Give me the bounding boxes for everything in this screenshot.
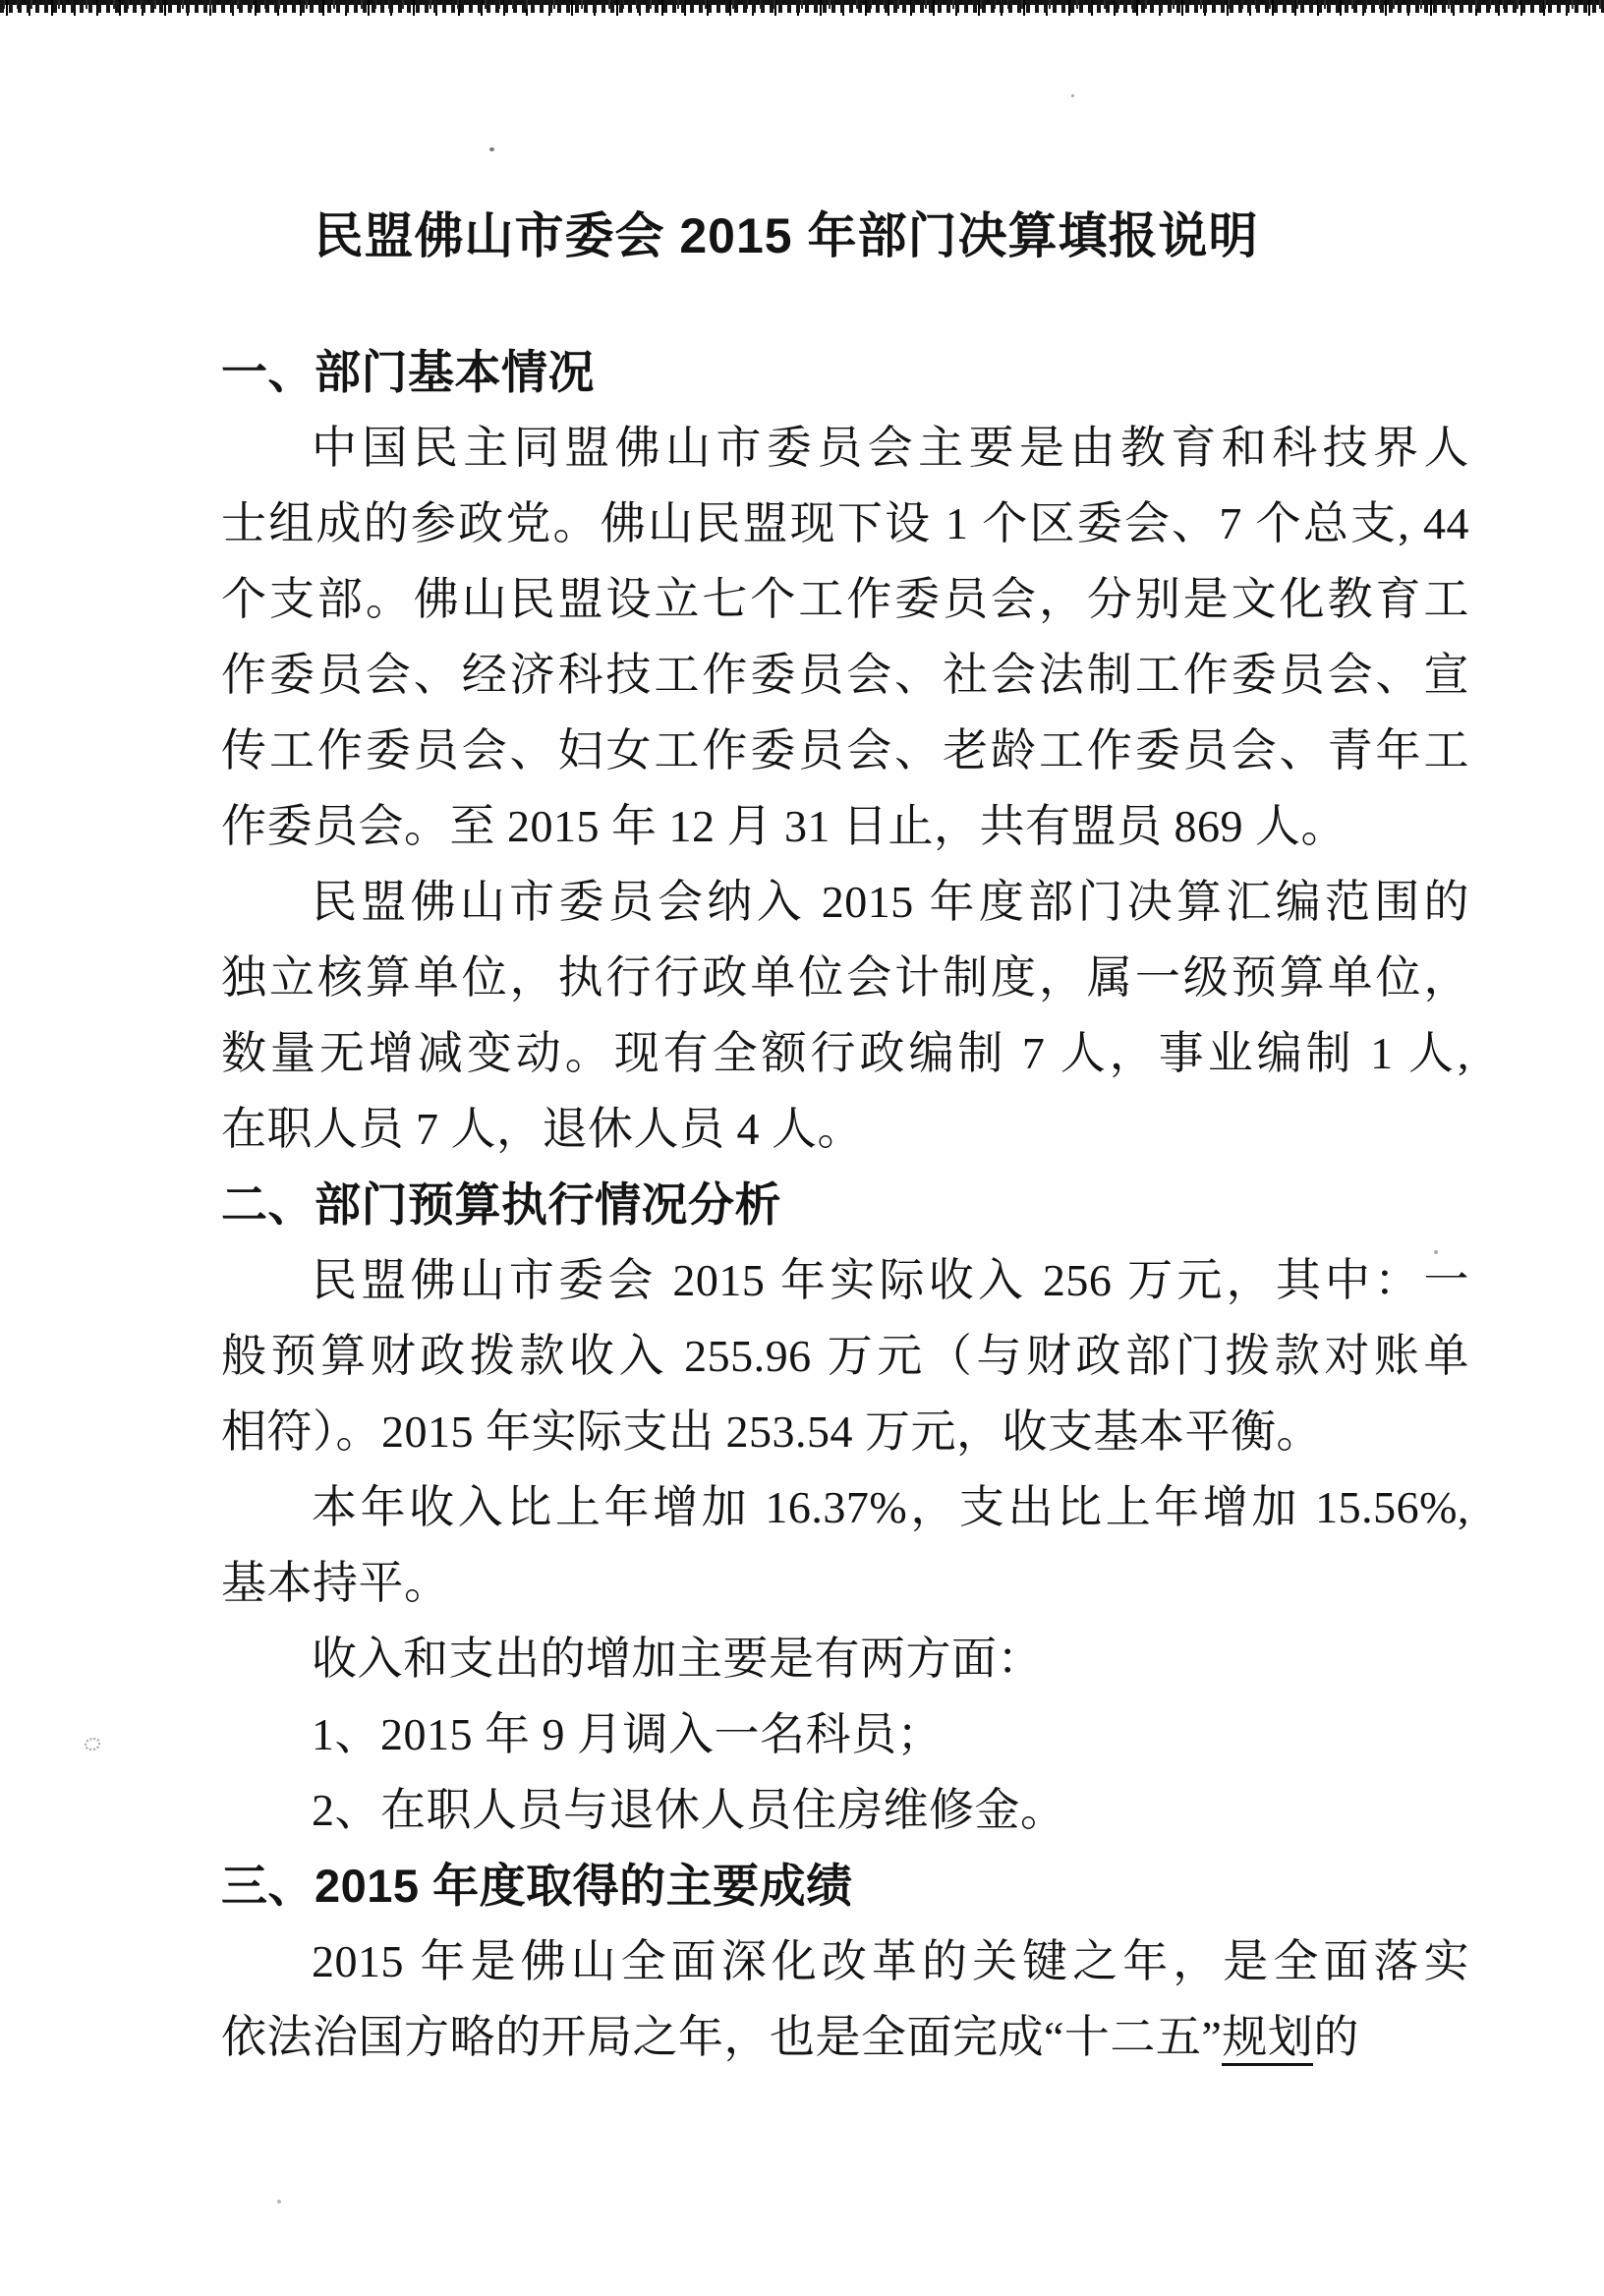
section-heading-basic-info: 一、部门基本情况	[221, 334, 1469, 410]
body-line: 民盟佛山市委会 2015 年实际收入 256 万元，其中：一	[221, 1242, 1469, 1318]
body-line: 士组成的参政党。佛山民盟现下设 1 个区委会、7 个总支, 44	[221, 486, 1469, 561]
scan-speck	[489, 147, 494, 151]
list-item-2: 2、在职人员与退休人员住房维修金。	[221, 1772, 1469, 1848]
body-line: 作委员会、经济科技工作委员会、社会法制工作委员会、宣	[221, 637, 1469, 713]
section-heading-achievements: 三、2015 年度取得的主要成绩	[221, 1848, 1469, 1923]
section-heading-budget-analysis: 二、部门预算执行情况分析	[221, 1167, 1469, 1242]
scan-speck	[277, 2200, 281, 2204]
underlined-word: 规划	[1222, 2012, 1313, 2066]
body-line: 作委员会。至 2015 年 12 月 31 日止，共有盟员 869 人。	[221, 788, 1469, 864]
body-line: 民盟佛山市委员会纳入 2015 年度部门决算汇编范围的	[221, 864, 1469, 940]
document-content: 民盟佛山市委会 2015 年部门决算填报说明 一、部门基本情况 中国民主同盟佛山…	[221, 197, 1469, 2075]
scan-speck	[85, 1738, 100, 1751]
body-line-text: 的	[1313, 2012, 1359, 2062]
body-line: 2015 年是佛山全面深化改革的关键之年，是全面落实	[221, 1923, 1469, 1999]
body-line: 中国民主同盟佛山市委员会主要是由教育和科技界人	[221, 410, 1469, 486]
body-line: 依法治国方略的开局之年，也是全面完成“十二五”规划的	[221, 1999, 1469, 2075]
scanned-page: 民盟佛山市委会 2015 年部门决算填报说明 一、部门基本情况 中国民主同盟佛山…	[0, 0, 1604, 2296]
body-line: 传工作委员会、妇女工作委员会、老龄工作委员会、青年工	[221, 713, 1469, 788]
body-line: 独立核算单位，执行行政单位会计制度，属一级预算单位，	[221, 940, 1469, 1015]
body-line: 本年收入比上年增加 16.37%，支出比上年增加 15.56%,	[221, 1469, 1469, 1545]
body-line: 数量无增减变动。现有全额行政编制 7 人，事业编制 1 人,	[221, 1015, 1469, 1091]
body-line: 般预算财政拨款收入 255.96 万元（与财政部门拨款对账单	[221, 1318, 1469, 1394]
scan-speck	[1071, 94, 1074, 97]
list-item-1: 1、2015 年 9 月调入一名科员；	[221, 1696, 1469, 1772]
body-line: 个支部。佛山民盟设立七个工作委员会，分别是文化教育工	[221, 561, 1469, 637]
body-line: 在职人员 7 人，退休人员 4 人。	[221, 1091, 1469, 1167]
document-title: 民盟佛山市委会 2015 年部门决算填报说明	[162, 197, 1410, 275]
body-line: 收入和支出的增加主要是有两方面：	[221, 1621, 1469, 1696]
body-line-text: 依法治国方略的开局之年，也是全面完成“十二五”	[221, 2012, 1222, 2062]
body-line: 基本持平。	[221, 1545, 1469, 1621]
scan-torn-edge	[0, 0, 1604, 18]
body-line: 相符）。2015 年实际支出 253.54 万元，收支基本平衡。	[221, 1394, 1469, 1469]
